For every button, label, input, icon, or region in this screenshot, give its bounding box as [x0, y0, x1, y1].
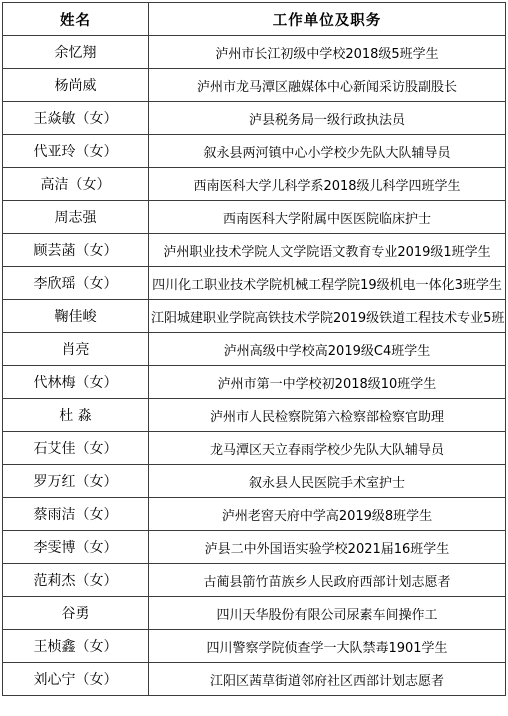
job-cell: 泸县税务局一级行政执法员	[149, 102, 506, 135]
job-cell: 泸州市第一中学校初2018级10班学生	[149, 366, 506, 399]
table-row: 高洁（女）西南医科大学儿科学系2018级儿科学四班学生	[3, 168, 506, 201]
col-header-job: 工作单位及职务	[149, 3, 506, 36]
table-body: 余忆翔泸州市长江初级中学校2018级5班学生杨尚威泸州市龙马潭区融媒体中心新闻采…	[3, 36, 506, 696]
table-row: 代亚玲（女）叙永县两河镇中心小学校少先队大队辅导员	[3, 135, 506, 168]
job-cell: 西南医科大学附属中医医院临床护士	[149, 201, 506, 234]
name-cell: 王桢鑫（女）	[3, 630, 149, 663]
name-cell: 蔡雨洁（女）	[3, 498, 149, 531]
table-row: 石艾佳（女）龙马潭区天立春雨学校少先队大队辅导员	[3, 432, 506, 465]
table-row: 余忆翔泸州市长江初级中学校2018级5班学生	[3, 36, 506, 69]
page-background: 姓名 工作单位及职务 余忆翔泸州市长江初级中学校2018级5班学生杨尚威泸州市龙…	[0, 0, 508, 716]
name-cell: 周志强	[3, 201, 149, 234]
job-cell: 四川警察学院侦查学一大队禁毒1901学生	[149, 630, 506, 663]
table-row: 肖亮泸州高级中学校高2019级C4班学生	[3, 333, 506, 366]
table-row: 代林梅（女）泸州市第一中学校初2018级10班学生	[3, 366, 506, 399]
name-cell: 刘心宁（女）	[3, 663, 149, 696]
col-header-name: 姓名	[3, 3, 149, 36]
name-cell: 高洁（女）	[3, 168, 149, 201]
table-row: 杨尚威泸州市龙马潭区融媒体中心新闻采访股副股长	[3, 69, 506, 102]
name-cell: 石艾佳（女）	[3, 432, 149, 465]
name-cell: 代亚玲（女）	[3, 135, 149, 168]
table-row: 周志强西南医科大学附属中医医院临床护士	[3, 201, 506, 234]
table-row: 范莉杰（女）古蔺县箭竹苗族乡人民政府西部计划志愿者	[3, 564, 506, 597]
table-row: 王桢鑫（女）四川警察学院侦查学一大队禁毒1901学生	[3, 630, 506, 663]
name-cell: 王焱敏（女）	[3, 102, 149, 135]
table-row: 刘心宁（女）江阳区茜草街道邻府社区西部计划志愿者	[3, 663, 506, 696]
name-cell: 杨尚威	[3, 69, 149, 102]
job-cell: 泸州市人民检察院第六检察部检察官助理	[149, 399, 506, 432]
table-row: 谷勇四川天华股份有限公司尿素车间操作工	[3, 597, 506, 630]
name-cell: 肖亮	[3, 333, 149, 366]
job-cell: 泸县二中外国语实验学校2021届16班学生	[149, 531, 506, 564]
name-cell: 顾芸菡（女）	[3, 234, 149, 267]
job-cell: 叙永县人民医院手术室护士	[149, 465, 506, 498]
table-row: 李欣瑶（女）四川化工职业技术学院机械工程学院19级机电一体化3班学生	[3, 267, 506, 300]
name-cell: 李欣瑶（女）	[3, 267, 149, 300]
name-cell: 杜 淼	[3, 399, 149, 432]
job-cell: 叙永县两河镇中心小学校少先队大队辅导员	[149, 135, 506, 168]
header-row: 姓名 工作单位及职务	[3, 3, 506, 36]
job-cell: 古蔺县箭竹苗族乡人民政府西部计划志愿者	[149, 564, 506, 597]
name-cell: 鞠佳峻	[3, 300, 149, 333]
job-cell: 四川化工职业技术学院机械工程学院19级机电一体化3班学生	[149, 267, 506, 300]
table-row: 李雯博（女）泸县二中外国语实验学校2021届16班学生	[3, 531, 506, 564]
job-cell: 四川天华股份有限公司尿素车间操作工	[149, 597, 506, 630]
job-cell: 西南医科大学儿科学系2018级儿科学四班学生	[149, 168, 506, 201]
job-cell: 江阳区茜草街道邻府社区西部计划志愿者	[149, 663, 506, 696]
name-cell: 罗万红（女）	[3, 465, 149, 498]
table-row: 罗万红（女）叙永县人民医院手术室护士	[3, 465, 506, 498]
table-row: 顾芸菡（女）泸州职业技术学院人文学院语文教育专业2019级1班学生	[3, 234, 506, 267]
job-cell: 泸州市龙马潭区融媒体中心新闻采访股副股长	[149, 69, 506, 102]
name-cell: 范莉杰（女）	[3, 564, 149, 597]
table-row: 蔡雨洁（女）泸州老窖天府中学高2019级8班学生	[3, 498, 506, 531]
job-cell: 泸州高级中学校高2019级C4班学生	[149, 333, 506, 366]
job-cell: 江阳城建职业学院高铁技术学院2019级铁道工程技术专业5班学生	[149, 300, 506, 333]
table-row: 鞠佳峻江阳城建职业学院高铁技术学院2019级铁道工程技术专业5班学生	[3, 300, 506, 333]
job-cell: 泸州职业技术学院人文学院语文教育专业2019级1班学生	[149, 234, 506, 267]
table-row: 王焱敏（女）泸县税务局一级行政执法员	[3, 102, 506, 135]
roster-table: 姓名 工作单位及职务 余忆翔泸州市长江初级中学校2018级5班学生杨尚威泸州市龙…	[2, 2, 506, 696]
name-cell: 谷勇	[3, 597, 149, 630]
job-cell: 龙马潭区天立春雨学校少先队大队辅导员	[149, 432, 506, 465]
name-cell: 余忆翔	[3, 36, 149, 69]
name-cell: 李雯博（女）	[3, 531, 149, 564]
job-cell: 泸州老窖天府中学高2019级8班学生	[149, 498, 506, 531]
job-cell: 泸州市长江初级中学校2018级5班学生	[149, 36, 506, 69]
table-row: 杜 淼泸州市人民检察院第六检察部检察官助理	[3, 399, 506, 432]
name-cell: 代林梅（女）	[3, 366, 149, 399]
